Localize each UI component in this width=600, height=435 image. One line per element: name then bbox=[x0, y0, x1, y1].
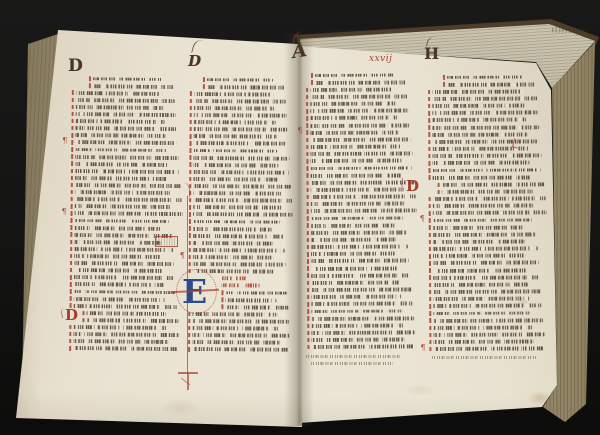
rubricated-capital bbox=[89, 76, 91, 81]
rubricated-capital bbox=[428, 118, 430, 123]
text-line bbox=[428, 132, 527, 138]
text-line bbox=[307, 180, 415, 186]
rubricated-capital bbox=[72, 119, 74, 124]
rubricated-capital bbox=[307, 202, 309, 207]
rubricated-capital bbox=[190, 134, 192, 139]
rubricated-capital bbox=[189, 226, 191, 231]
text-line bbox=[429, 239, 525, 245]
text-line bbox=[307, 258, 409, 264]
script-stroke bbox=[74, 282, 164, 287]
rubricated-capital bbox=[307, 259, 309, 264]
right-page-column-2: ¶¶ bbox=[428, 74, 547, 358]
rubricated-capital bbox=[307, 338, 309, 343]
text-line bbox=[190, 120, 276, 126]
text-line bbox=[72, 119, 165, 125]
text-line bbox=[307, 173, 403, 179]
drop-cap-initial: D bbox=[68, 56, 83, 76]
text-line bbox=[71, 197, 182, 203]
text-line bbox=[307, 266, 398, 271]
script-stroke bbox=[432, 139, 540, 143]
script-stroke bbox=[73, 325, 166, 330]
rubricated-capital bbox=[311, 73, 313, 78]
rubricated-capital bbox=[311, 80, 313, 85]
text-line bbox=[189, 191, 281, 197]
text-line bbox=[70, 303, 178, 309]
script-stroke bbox=[433, 240, 525, 244]
text-line bbox=[429, 275, 540, 281]
text-line bbox=[429, 317, 543, 323]
rubricated-capital bbox=[70, 254, 72, 259]
pilcrow-mark: ¶ bbox=[420, 345, 425, 351]
rubricated-capital bbox=[71, 183, 73, 188]
script-stroke bbox=[433, 268, 527, 272]
text-line bbox=[428, 110, 538, 116]
rubricated-capital bbox=[70, 225, 72, 230]
script-stroke bbox=[74, 275, 175, 280]
rubricated-capital bbox=[71, 168, 73, 173]
rubricated-capital bbox=[71, 154, 73, 159]
text-line bbox=[70, 275, 175, 281]
rubricated-capital bbox=[429, 197, 431, 202]
text-line bbox=[188, 333, 290, 339]
text-line bbox=[306, 94, 407, 100]
script-stroke bbox=[193, 184, 291, 189]
rubricated-capital bbox=[307, 345, 309, 350]
script-stroke bbox=[193, 163, 278, 167]
text-line bbox=[429, 303, 542, 309]
script-stroke bbox=[75, 140, 177, 145]
rubricated-capital bbox=[428, 147, 430, 152]
text-line bbox=[429, 289, 541, 295]
script-stroke bbox=[75, 119, 164, 124]
script-stroke bbox=[193, 149, 277, 153]
script-stroke bbox=[75, 176, 168, 181]
script-stroke bbox=[432, 96, 537, 100]
rubricated-capital bbox=[443, 82, 445, 87]
script-stroke bbox=[315, 73, 394, 77]
rubricated-capital bbox=[429, 275, 431, 280]
text-line bbox=[429, 310, 530, 316]
text-line bbox=[71, 154, 179, 160]
rubricated-capital bbox=[69, 346, 71, 351]
script-stroke bbox=[193, 212, 293, 217]
script-stroke bbox=[74, 261, 174, 266]
text-line bbox=[188, 318, 289, 324]
text-line bbox=[190, 91, 274, 97]
script-stroke bbox=[75, 126, 176, 131]
text-line bbox=[306, 137, 411, 143]
text-line bbox=[429, 196, 546, 202]
red-lombardic-initial: D bbox=[65, 306, 78, 324]
text-line bbox=[189, 205, 282, 211]
rubricated-capital bbox=[70, 232, 72, 237]
script-stroke bbox=[433, 175, 532, 179]
rubricated-capital bbox=[307, 323, 309, 328]
script-stroke bbox=[86, 318, 178, 323]
text-line bbox=[429, 260, 539, 266]
text-line bbox=[429, 332, 545, 338]
rubricated-capital bbox=[429, 204, 431, 209]
rubricated-capital bbox=[71, 176, 73, 181]
script-stroke bbox=[73, 332, 179, 337]
rubricated-capital bbox=[82, 318, 84, 323]
text-line bbox=[71, 161, 167, 167]
script-stroke bbox=[73, 346, 180, 351]
script-stroke bbox=[74, 240, 161, 245]
script-stroke bbox=[311, 238, 396, 242]
text-line bbox=[188, 347, 291, 353]
text-line bbox=[89, 83, 174, 89]
left-page-column-2: ¶ bbox=[188, 77, 294, 359]
script-stroke bbox=[225, 298, 276, 302]
text-line bbox=[189, 240, 273, 246]
script-stroke bbox=[433, 247, 538, 251]
script-stroke bbox=[207, 85, 285, 89]
script-stroke bbox=[442, 189, 533, 193]
rubricated-capital bbox=[307, 209, 309, 214]
script-stroke bbox=[311, 266, 398, 270]
script-stroke bbox=[311, 330, 415, 334]
script-stroke bbox=[193, 248, 285, 253]
script-stroke bbox=[310, 109, 408, 113]
rubricated-capital bbox=[189, 148, 191, 153]
script-stroke bbox=[310, 95, 407, 99]
script-stroke bbox=[75, 155, 179, 160]
script-stroke bbox=[311, 316, 414, 320]
text-line bbox=[70, 218, 171, 224]
rubricated-capital bbox=[189, 162, 191, 167]
rubricated-capital bbox=[429, 225, 431, 230]
rubricated-capital bbox=[307, 295, 309, 300]
script-stroke bbox=[433, 282, 528, 286]
rubricated-capital bbox=[71, 140, 73, 145]
rubricated-capital bbox=[307, 281, 309, 286]
rubricated-capital bbox=[69, 325, 71, 330]
script-stroke bbox=[193, 241, 273, 245]
script-stroke bbox=[76, 91, 163, 96]
rubricated-capital bbox=[307, 188, 309, 193]
text-line bbox=[189, 247, 285, 253]
rubricated-capital bbox=[190, 141, 192, 146]
rubricated-capital bbox=[71, 161, 73, 166]
script-stroke bbox=[73, 339, 168, 344]
rubricated-capital bbox=[70, 239, 72, 244]
pilcrow-mark: ¶ bbox=[420, 216, 425, 222]
rubricated-capital bbox=[306, 166, 308, 171]
text-line bbox=[429, 217, 535, 223]
rubricated-capital bbox=[428, 154, 430, 159]
script-stroke bbox=[433, 204, 534, 208]
rubricated-capital bbox=[71, 147, 73, 152]
script-stroke bbox=[433, 254, 526, 258]
text-line bbox=[311, 80, 406, 85]
rubricated-capital bbox=[70, 218, 72, 223]
script-stroke bbox=[193, 262, 286, 267]
text-line bbox=[306, 123, 409, 129]
script-stroke bbox=[432, 89, 524, 93]
rubricated-capital bbox=[188, 333, 190, 338]
rubricated-capital bbox=[307, 309, 309, 314]
text-line bbox=[429, 232, 536, 238]
text-line bbox=[306, 115, 397, 120]
rubricated-capital bbox=[71, 126, 73, 131]
text-line bbox=[429, 325, 532, 331]
text-line bbox=[72, 90, 163, 96]
script-stroke bbox=[310, 102, 396, 106]
script-stroke bbox=[310, 130, 398, 134]
rubricated-capital bbox=[71, 190, 73, 195]
script-stroke bbox=[311, 287, 412, 291]
rubricated-capital bbox=[221, 298, 223, 303]
script-stroke bbox=[194, 127, 288, 132]
rubricated-capital bbox=[429, 325, 431, 330]
text-line bbox=[71, 175, 168, 181]
drop-cap-initial: D bbox=[188, 52, 201, 70]
script-stroke bbox=[447, 75, 522, 79]
script-stroke bbox=[433, 211, 547, 215]
text-line bbox=[189, 254, 274, 260]
text-line bbox=[71, 133, 165, 139]
boxed-margin-correction bbox=[155, 236, 178, 247]
text-line bbox=[429, 225, 523, 230]
rubricated-capital bbox=[438, 182, 440, 187]
script-stroke bbox=[310, 87, 395, 91]
text-line bbox=[203, 77, 273, 82]
script-stroke bbox=[433, 275, 540, 279]
script-stroke bbox=[76, 98, 175, 103]
rubricated-capital bbox=[307, 180, 309, 185]
rubricated-capital bbox=[307, 302, 309, 307]
script-stroke bbox=[311, 259, 409, 263]
text-line bbox=[307, 208, 417, 214]
rubricated-capital bbox=[307, 173, 309, 178]
rubricated-capital bbox=[306, 87, 308, 92]
text-line bbox=[438, 189, 533, 194]
rubricated-capital bbox=[70, 247, 72, 252]
script-stroke bbox=[311, 195, 416, 199]
script-stroke bbox=[310, 159, 401, 163]
script-stroke bbox=[192, 347, 291, 352]
script-stroke bbox=[192, 326, 279, 330]
rubricated-capital bbox=[429, 347, 431, 352]
rubricated-capital bbox=[189, 184, 191, 189]
text-line bbox=[189, 219, 283, 225]
script-stroke bbox=[74, 219, 171, 224]
text-line bbox=[189, 162, 278, 168]
script-stroke bbox=[311, 202, 405, 206]
rubricated-capital bbox=[429, 254, 431, 259]
rubricated-capital bbox=[429, 218, 431, 223]
blue-initial-letter: E bbox=[182, 273, 207, 310]
book: D D A H D D E xxvij ¶¶¶¶¶¶ bbox=[0, 0, 600, 435]
script-stroke bbox=[311, 245, 408, 249]
left-page-column-1: ¶¶ bbox=[69, 76, 184, 358]
rubricated-capital bbox=[71, 204, 73, 209]
script-stroke bbox=[193, 220, 283, 225]
script-stroke bbox=[193, 177, 280, 181]
script-stroke bbox=[222, 277, 248, 281]
script-stroke bbox=[432, 168, 542, 172]
rubricated-capital bbox=[72, 90, 74, 95]
text-line bbox=[307, 187, 404, 193]
text-line bbox=[71, 211, 183, 217]
text-line bbox=[190, 127, 288, 133]
script-stroke bbox=[194, 141, 289, 146]
text-line bbox=[71, 147, 166, 153]
rubricated-capital bbox=[428, 97, 430, 102]
text-line bbox=[307, 230, 407, 236]
text-line bbox=[189, 148, 277, 154]
text-line bbox=[438, 182, 545, 188]
text-line bbox=[307, 301, 413, 307]
rubricated-capital bbox=[189, 191, 191, 196]
script-stroke bbox=[310, 152, 412, 156]
text-line bbox=[307, 251, 397, 256]
script-stroke bbox=[442, 182, 545, 186]
text-line bbox=[428, 125, 539, 131]
text-line bbox=[189, 262, 286, 268]
script-stroke bbox=[433, 225, 523, 229]
text-line bbox=[71, 182, 181, 188]
script-stroke bbox=[311, 223, 395, 227]
rubricated-capital bbox=[428, 140, 430, 145]
script-stroke bbox=[75, 162, 167, 167]
rubricated-capital bbox=[428, 89, 430, 94]
pilcrow-mark: ¶ bbox=[62, 138, 67, 144]
script-stroke bbox=[93, 77, 162, 82]
script-stroke bbox=[74, 268, 163, 273]
rubricated-capital bbox=[70, 261, 72, 266]
script-stroke bbox=[93, 84, 174, 89]
script-stroke bbox=[86, 311, 165, 316]
script-stroke bbox=[194, 113, 287, 118]
script-stroke bbox=[193, 198, 292, 203]
script-stroke bbox=[311, 252, 397, 256]
rubricated-capital bbox=[190, 91, 192, 96]
script-stroke bbox=[75, 148, 166, 153]
script-stroke bbox=[433, 332, 545, 336]
rubricated-capital bbox=[306, 159, 308, 164]
rubricated-capital bbox=[306, 123, 308, 128]
text-line bbox=[189, 226, 272, 232]
rubricated-capital bbox=[70, 296, 72, 301]
text-line bbox=[429, 210, 547, 216]
rubricated-capital bbox=[307, 230, 309, 235]
rubricated-capital bbox=[429, 333, 431, 338]
text-line bbox=[190, 112, 287, 118]
text-line bbox=[307, 280, 399, 285]
script-stroke bbox=[432, 125, 539, 129]
rubricated-capital bbox=[189, 205, 191, 210]
rubricated-capital bbox=[72, 97, 74, 102]
script-stroke bbox=[311, 338, 404, 342]
script-stroke bbox=[311, 345, 416, 349]
text-line bbox=[311, 73, 394, 78]
text-line bbox=[221, 297, 276, 302]
rubricated-capital bbox=[203, 77, 205, 82]
rubric-text-line bbox=[222, 276, 248, 281]
rubricated-capital bbox=[307, 266, 309, 271]
script-stroke bbox=[311, 280, 399, 284]
text-line bbox=[70, 253, 162, 259]
text-line bbox=[306, 130, 398, 135]
rubricated-capital bbox=[70, 282, 72, 287]
rubricated-capital bbox=[190, 127, 192, 132]
rubricated-capital bbox=[307, 316, 309, 321]
rubricated-capital bbox=[307, 252, 309, 257]
pilcrow-mark: ¶ bbox=[297, 128, 302, 134]
rubricated-capital bbox=[429, 240, 431, 245]
script-stroke bbox=[225, 305, 288, 309]
text-line bbox=[306, 108, 408, 114]
red-lombardic-initial: D bbox=[406, 177, 419, 195]
text-line bbox=[69, 346, 180, 352]
script-stroke bbox=[194, 106, 275, 110]
text-line bbox=[307, 273, 410, 279]
text-line bbox=[221, 290, 287, 295]
text-line bbox=[307, 237, 396, 242]
script-stroke bbox=[433, 325, 532, 329]
rubric-text-line bbox=[222, 283, 260, 288]
script-stroke bbox=[433, 197, 546, 201]
margin-note-line bbox=[306, 355, 402, 358]
script-stroke bbox=[192, 333, 290, 338]
text-line bbox=[429, 282, 528, 288]
rubricated-capital bbox=[429, 261, 431, 266]
script-stroke bbox=[192, 319, 289, 324]
script-stroke bbox=[193, 255, 274, 259]
script-stroke bbox=[76, 112, 176, 117]
blue-penwork-initial: E bbox=[180, 273, 213, 310]
rubricated-capital bbox=[306, 95, 308, 100]
rubricated-capital bbox=[203, 84, 205, 89]
rubricated-capital bbox=[428, 104, 430, 109]
script-stroke bbox=[193, 170, 290, 175]
script-stroke bbox=[310, 137, 411, 141]
text-line bbox=[429, 203, 534, 209]
text-line bbox=[82, 310, 165, 316]
text-line bbox=[189, 176, 280, 182]
text-line bbox=[428, 153, 541, 159]
text-line bbox=[70, 268, 163, 274]
text-line bbox=[428, 89, 524, 95]
script-stroke bbox=[433, 289, 541, 293]
rubricated-capital bbox=[429, 268, 431, 273]
script-stroke bbox=[311, 273, 410, 277]
text-line bbox=[71, 140, 177, 146]
rubricated-capital bbox=[188, 326, 190, 331]
script-stroke bbox=[194, 134, 277, 138]
text-line bbox=[306, 87, 395, 92]
rubricated-capital bbox=[190, 98, 192, 103]
rubricated-capital bbox=[71, 211, 73, 216]
rubricated-capital bbox=[189, 240, 191, 245]
rubricated-capital bbox=[429, 318, 431, 323]
script-stroke bbox=[193, 205, 282, 210]
rubricated-capital bbox=[189, 169, 191, 174]
rubricated-capital bbox=[429, 297, 431, 302]
script-stroke bbox=[75, 133, 165, 138]
text-line bbox=[189, 233, 284, 239]
text-line bbox=[428, 96, 537, 102]
script-stroke bbox=[310, 116, 397, 120]
rubricated-capital bbox=[189, 219, 191, 224]
rubricated-capital bbox=[189, 155, 191, 160]
rubricated-capital bbox=[443, 75, 445, 80]
text-line bbox=[70, 289, 176, 295]
rubricated-capital bbox=[429, 340, 431, 345]
rubricated-capital bbox=[72, 112, 74, 117]
